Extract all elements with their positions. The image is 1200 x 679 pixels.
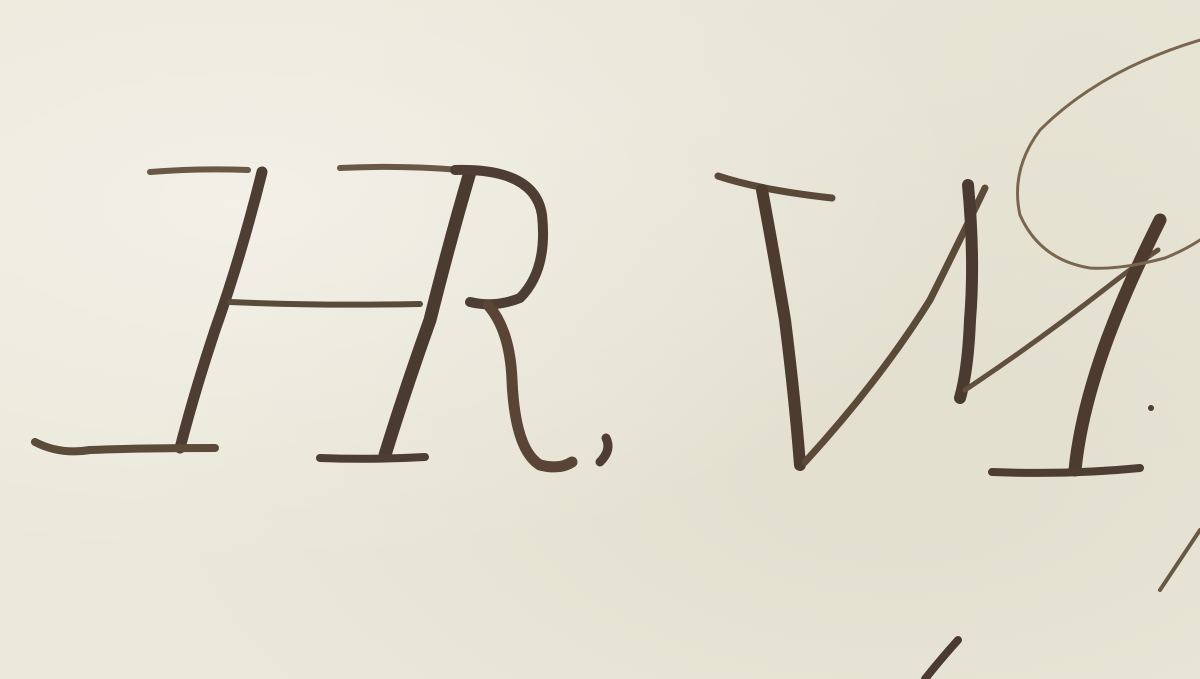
partial-stroke-bottom bbox=[925, 640, 958, 679]
letter-w bbox=[718, 40, 1200, 473]
handwritten-lettering bbox=[0, 0, 1200, 679]
letter-r bbox=[320, 167, 572, 467]
aged-paper-background: H R, W bbox=[0, 0, 1200, 679]
comma-mark bbox=[600, 438, 608, 462]
partial-stroke-right bbox=[1160, 530, 1200, 590]
letter-h bbox=[35, 169, 420, 451]
